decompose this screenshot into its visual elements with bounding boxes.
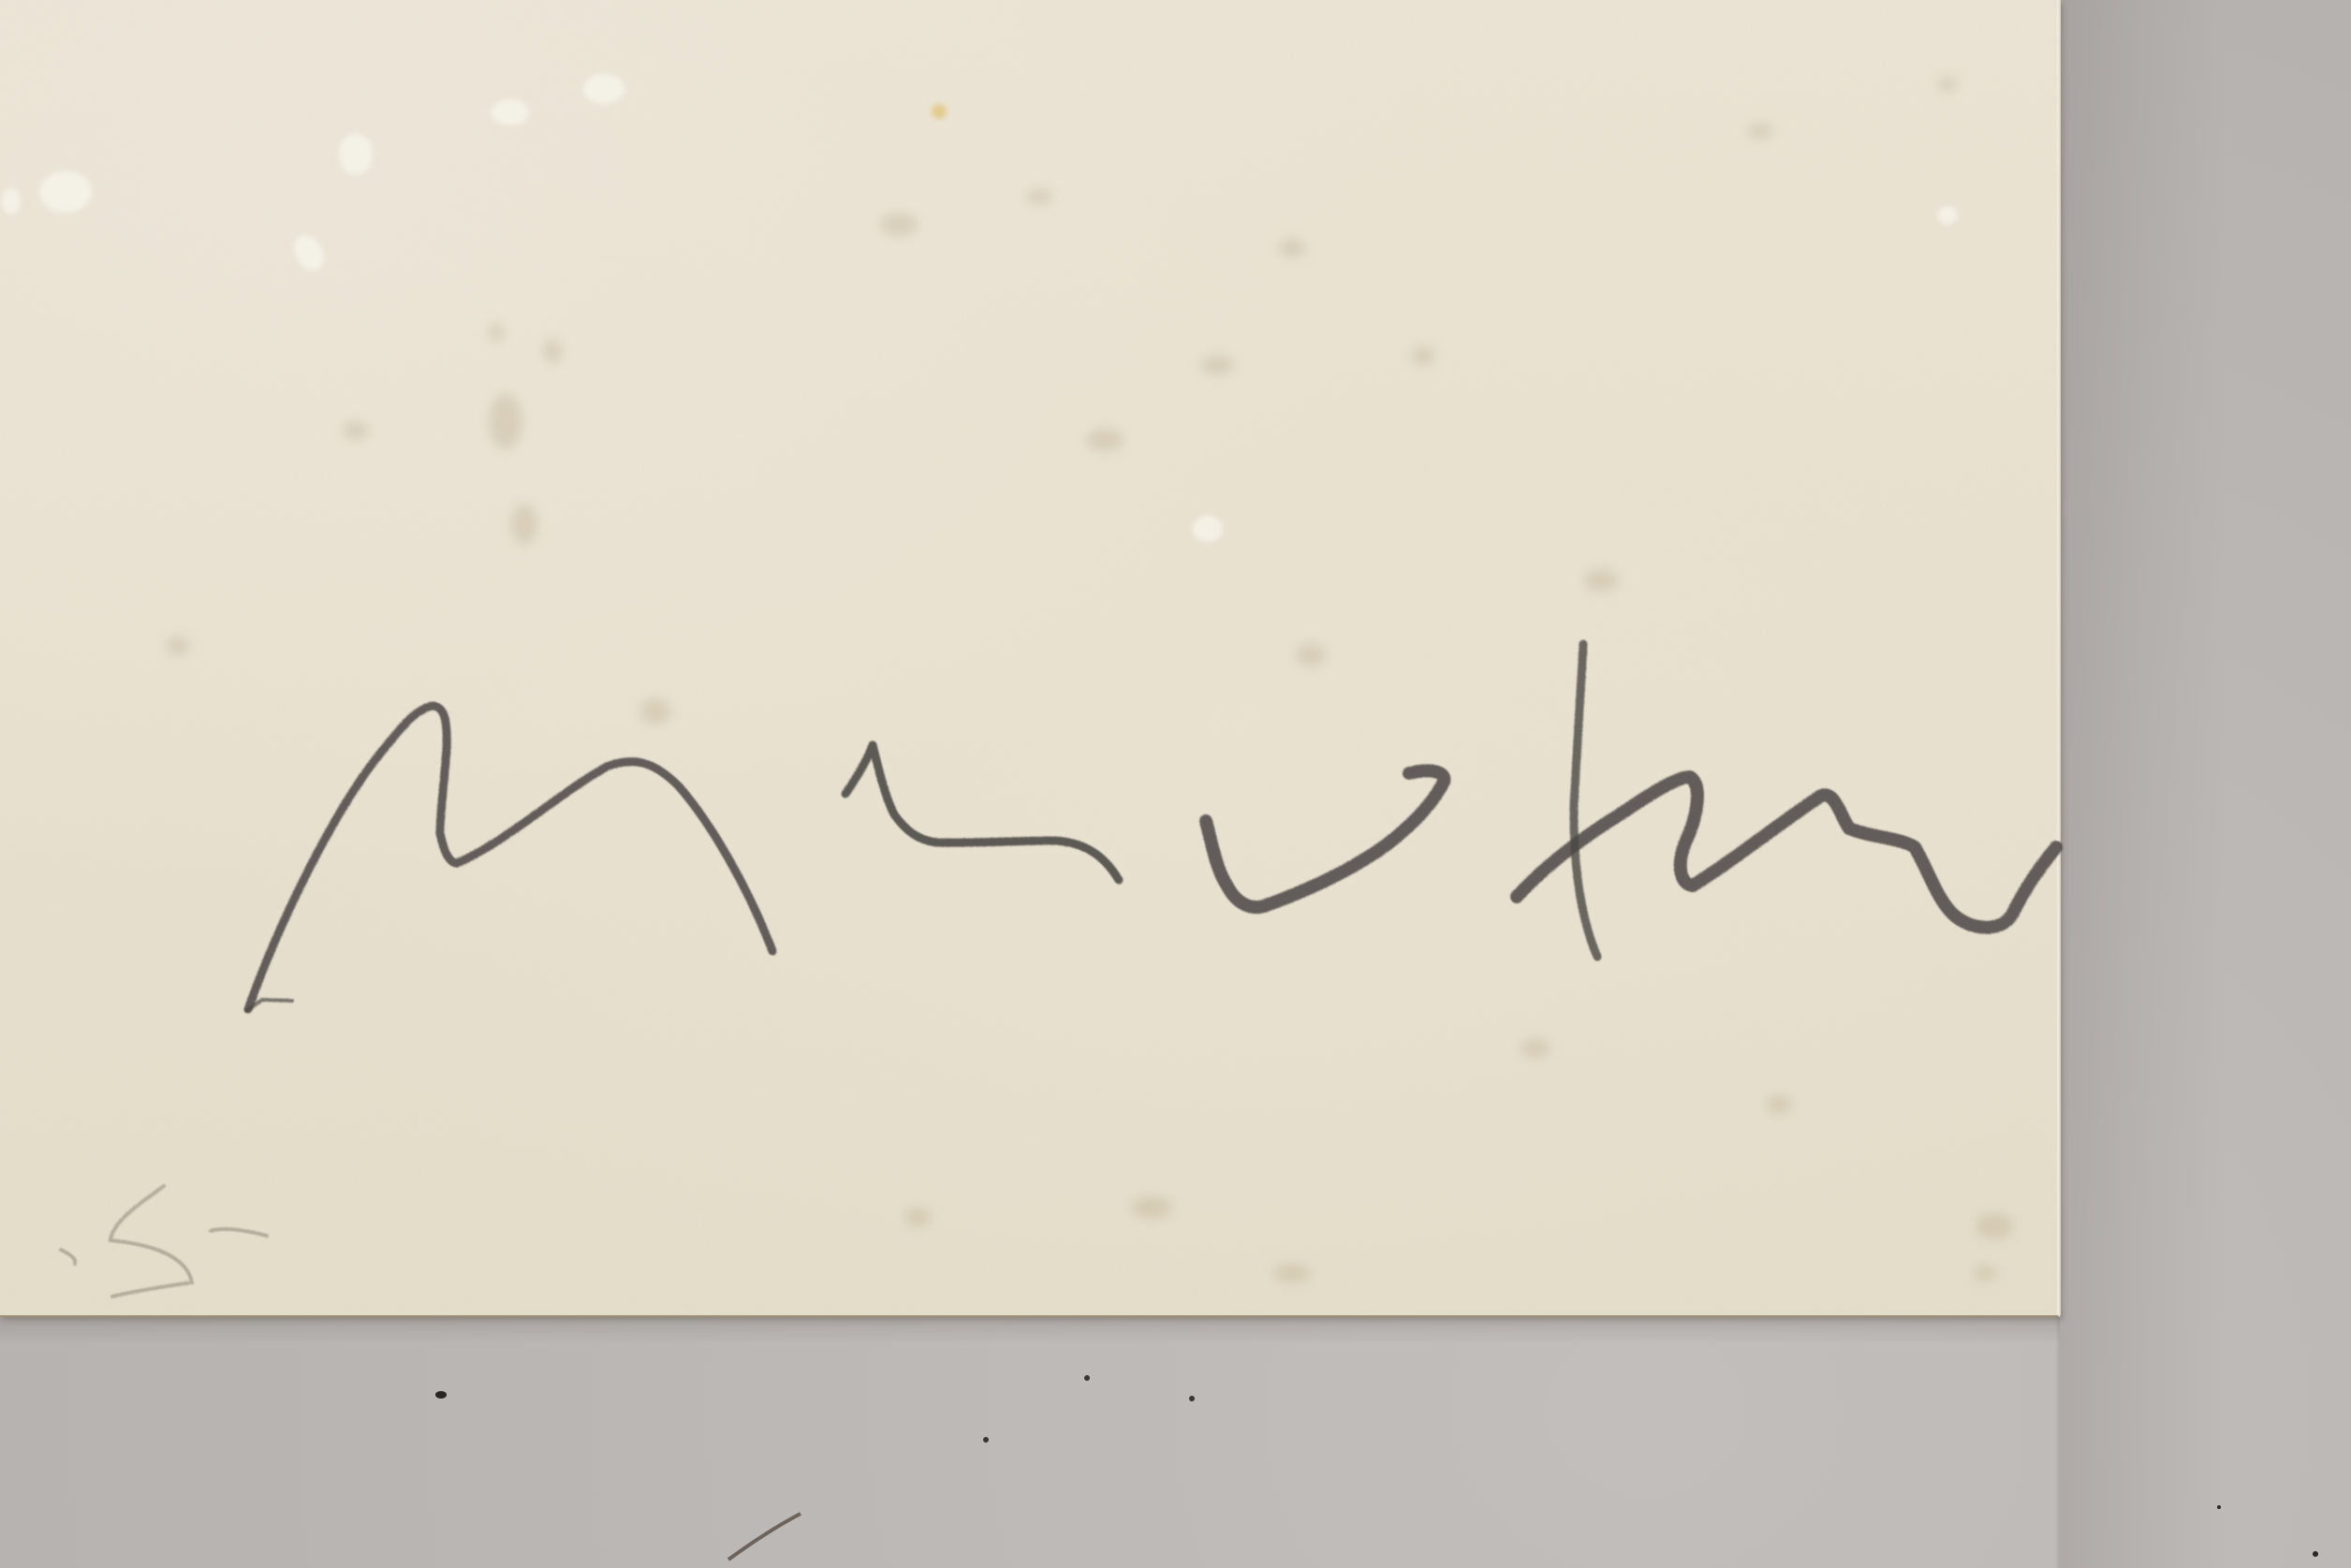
paper-shadow — [0, 1315, 2060, 1343]
paper-edge — [2057, 0, 2061, 1315]
paper-sheet — [0, 0, 2060, 1317]
board-debris — [435, 1375, 2318, 1560]
photo-scene: Miotte Close-up photograph of the lower-… — [0, 0, 2351, 1568]
